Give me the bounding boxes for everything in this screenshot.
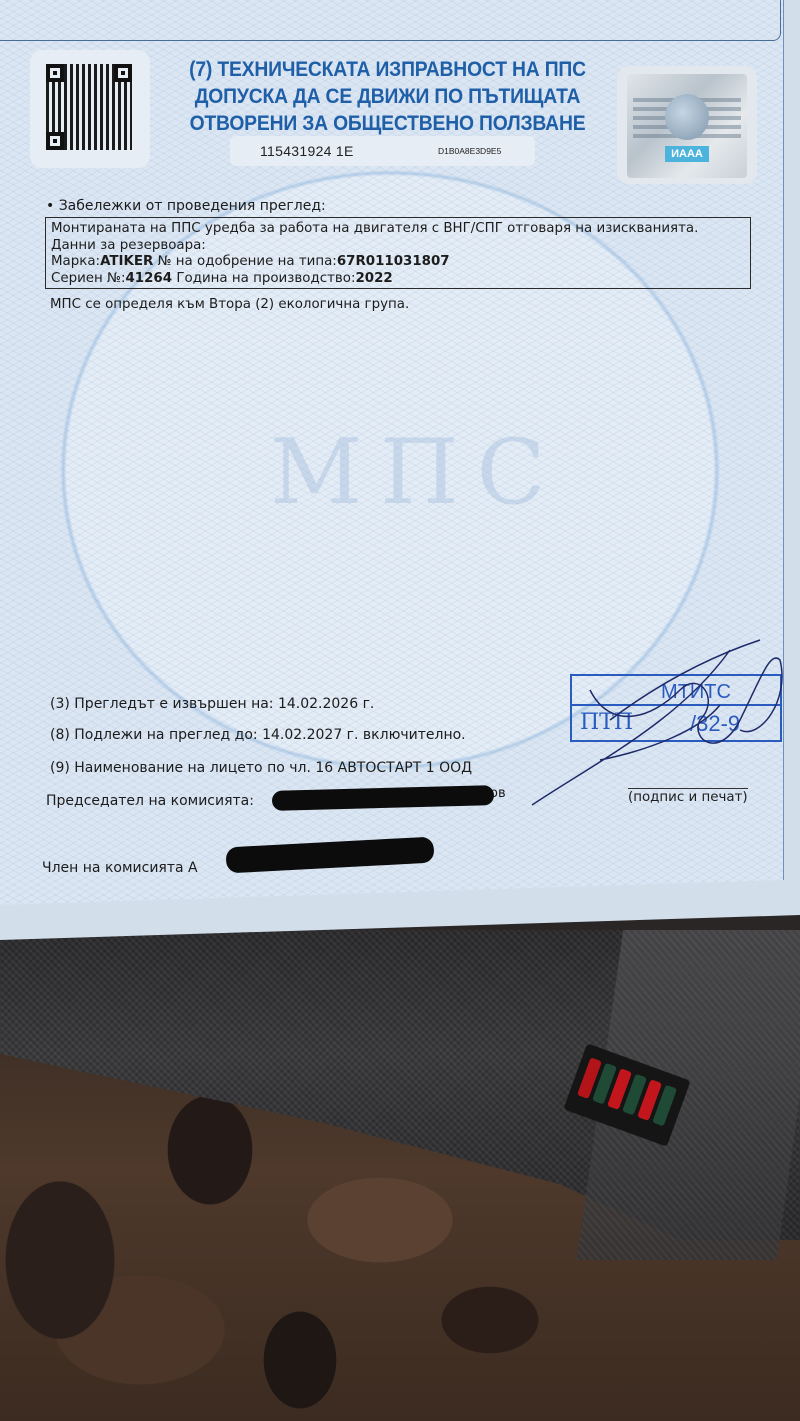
brand-value: ATIKER — [100, 254, 153, 269]
tank-serial-line: Сериен №:41264 Година на производство:20… — [51, 271, 745, 288]
approval-value: 67R011031807 — [337, 254, 450, 269]
tank-serial-value: 41264 — [125, 271, 172, 286]
serial-panel: 115431924 1E D1B0A8E3D9E5 — [230, 136, 535, 166]
redaction-chairman — [272, 785, 494, 811]
tank-brand-line: Марка:ATIKER № на одобрение на типа:67R0… — [51, 254, 745, 271]
stamp-top: МТИТС — [572, 676, 780, 706]
title-line-3: ОТВОРЕНИ ЗА ОБЩЕСТВЕНО ПОЛЗВАНЕ — [178, 110, 597, 137]
serial-code: D1B0A8E3D9E5 — [438, 146, 501, 156]
approval-label: № на одобрение на типа: — [153, 254, 336, 269]
year-label: Година на производство: — [172, 271, 355, 286]
notes-line-1: Монтираната на ППС уредба за работа на д… — [51, 221, 745, 238]
certificate-title: (7) ТЕХНИЧЕСКАТА ИЗПРАВНОСТ НА ППС ДОПУС… — [178, 56, 597, 137]
brand-label: Марка: — [51, 254, 100, 269]
watermark: МПС — [270, 420, 564, 525]
top-border — [0, 0, 781, 41]
notes-line-2: Данни за резервоара: — [51, 238, 745, 255]
stamp-prefix: ПТП — [580, 710, 633, 735]
next-inspection-date: (8) Подлежи на преглед до: 14.02.2027 г.… — [50, 727, 466, 743]
tank-serial-label: Сериен №: — [51, 271, 125, 286]
hologram-label: ИААА — [665, 146, 709, 162]
chairman-line: Председател на комисията: — [46, 793, 254, 809]
hologram-panel: ИААА — [617, 66, 757, 184]
title-line-2: ДОПУСКА ДА СЕ ДВИЖИ ПО ПЪТИЩАТА — [178, 83, 597, 110]
stamp-number: /32-9 — [690, 711, 740, 737]
qr-code-panel — [30, 50, 150, 168]
member-label: Член на комисията А — [42, 860, 198, 876]
inspection-certificate: (7) ТЕХНИЧЕСКАТА ИЗПРАВНОСТ НА ППС ДОПУС… — [0, 0, 800, 940]
notes-label: • Забележки от проведения преглед: — [46, 198, 326, 214]
official-stamp: МТИТС ПТП /32-9 — [570, 674, 782, 742]
title-line-1: (7) ТЕХНИЧЕСКАТА ИЗПРАВНОСТ НА ППС — [178, 56, 597, 83]
redaction-member — [225, 837, 434, 874]
eco-group: МПС се определя към Втора (2) екологична… — [50, 297, 409, 312]
signature-caption: (подпис и печат) — [628, 788, 748, 805]
year-value: 2022 — [355, 271, 392, 286]
certificate-page: (7) ТЕХНИЧЕСКАТА ИЗПРАВНОСТ НА ППС ДОПУС… — [0, 0, 784, 906]
chairman-label: Председател на комисията: — [46, 793, 254, 809]
inspection-entity: (9) Наименование на лицето по чл. 16 АВТ… — [50, 760, 472, 776]
hologram-seal-icon: ИААА — [627, 74, 747, 178]
qr-code-icon — [46, 64, 132, 150]
notes-box: Монтираната на ППС уредба за работа на д… — [45, 217, 751, 289]
inspection-date: (3) Прегледът е извършен на: 14.02.2026 … — [50, 696, 374, 712]
serial-number: 115431924 1E — [260, 143, 354, 159]
